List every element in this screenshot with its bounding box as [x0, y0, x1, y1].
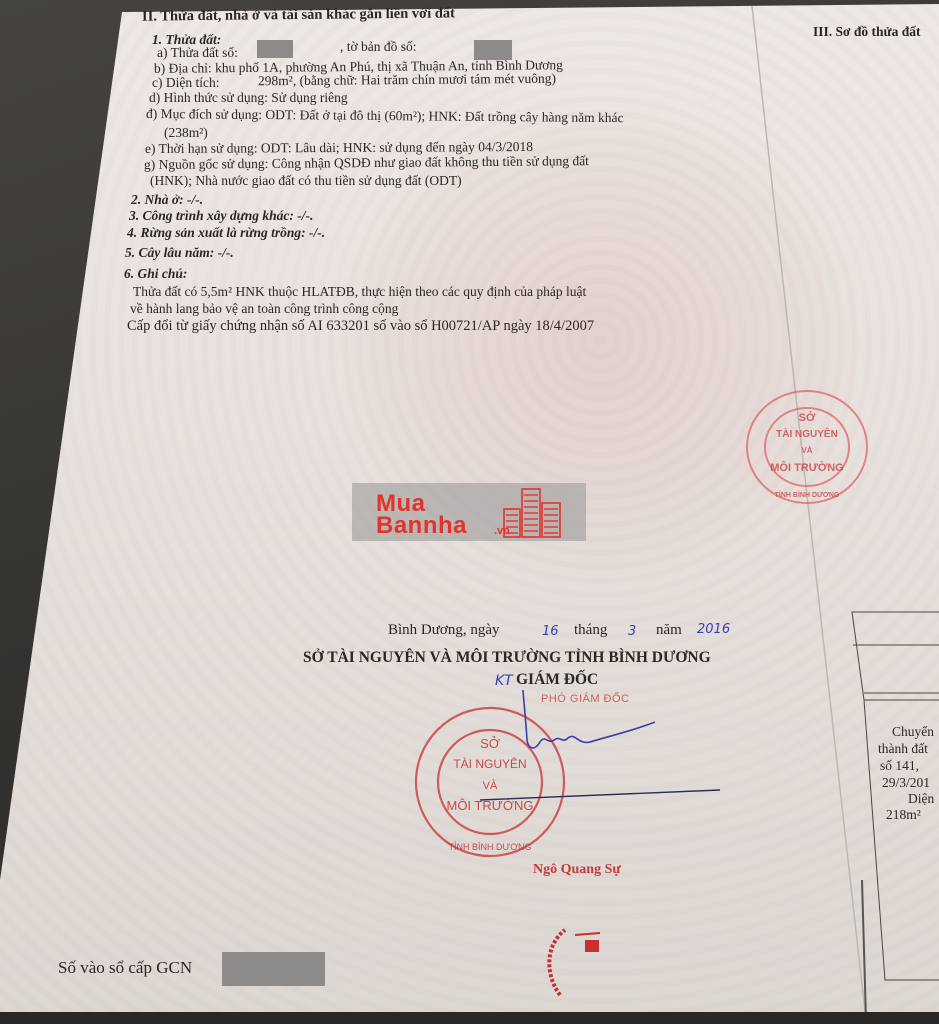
redacted-registry-number — [222, 952, 325, 986]
handwritten-signature — [0, 0, 939, 1024]
registry-label: Số vào sổ cấp GCN — [58, 958, 192, 978]
partial-seal-fragment — [520, 895, 630, 1005]
signer-name: Ngô Quang Sự — [533, 862, 621, 878]
